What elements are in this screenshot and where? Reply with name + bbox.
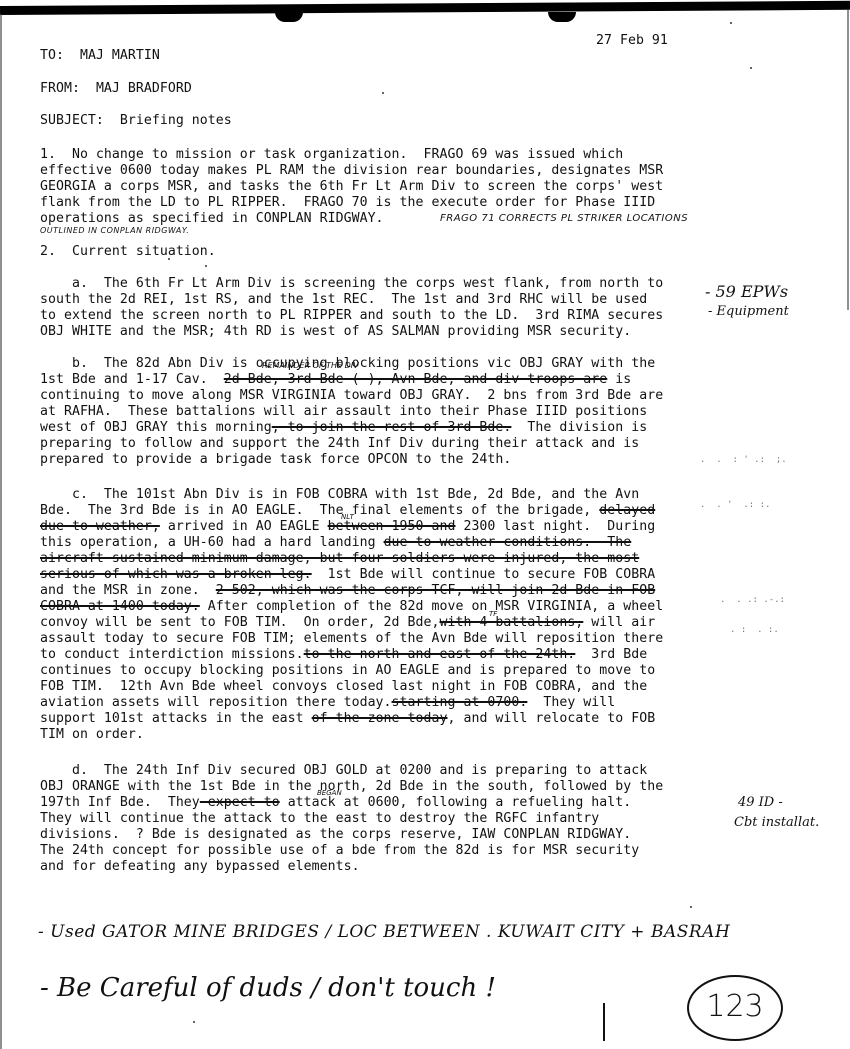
handwritten-frago71-note-cont: OUTLINED IN CONPLAN RIDGWAY.: [40, 226, 189, 235]
subject-label: SUBJECT:: [40, 113, 104, 128]
struck-text: aircraft sustained minimum damage, but f…: [40, 551, 639, 566]
para2d-line: d. The 24th Inf Div secured OBJ GOLD at …: [40, 763, 647, 779]
scan-speck: [730, 22, 732, 24]
para2c-line: support 101st attacks in the east of the…: [40, 711, 655, 727]
memo-to: TO: MAJ MARTIN: [40, 48, 160, 63]
scan-speck: [690, 906, 692, 908]
para2b-line: 1st Bde and 1-17 Cav. 2d Bde, 3rd Bde (-…: [40, 372, 631, 388]
para2d-line: They will continue the attack to the eas…: [40, 811, 599, 827]
para1-line: operations as specified in CONPLAN RIDGW…: [40, 211, 384, 227]
handwritten-insert-remainder: REMAINDER OF THE DIV: [262, 361, 359, 370]
handwritten-note-gator: - Used GATOR MINE BRIDGES / LOC BETWEEN …: [38, 922, 730, 942]
margin-note-equipment: - Equipment: [708, 304, 789, 319]
para2c-line: continues to occupy blocking positions i…: [40, 663, 655, 679]
struck-text: of the zone today: [312, 711, 448, 726]
struck-text: , to join the rest of 3rd Bde.: [272, 420, 512, 435]
scan-speck: [750, 67, 752, 69]
pen-stroke-mark: [603, 1003, 605, 1041]
para2b-line: preparing to follow and support the 24th…: [40, 436, 639, 452]
para1-line: effective 0600 today makes PL RAM the di…: [40, 163, 663, 179]
para2c-line: c. The 101st Abn Div is in FOB COBRA wit…: [40, 487, 639, 503]
scan-noise: . : . :.: [730, 625, 779, 635]
para2c-line: aviation assets will reposition there to…: [40, 695, 615, 711]
struck-text: to the north and east of the 24th.: [304, 647, 576, 662]
para2c-line: assault today to secure FOB TIM; element…: [40, 631, 663, 647]
circled-page-number: 123: [687, 975, 783, 1041]
para2-heading: 2. Current situation.: [40, 244, 216, 260]
scan-top-border: [0, 1, 850, 15]
para2c-line: to conduct interdiction missions.to the …: [40, 647, 647, 663]
para2d-line: and for defeating any bypassed elements.: [40, 859, 360, 875]
para2a-line: a. The 6th Fr Lt Arm Div is screening th…: [40, 276, 663, 292]
scan-noise: . . ' .: :.: [700, 500, 770, 510]
para2d-line: 197th Inf Bde. They expect to attack at …: [40, 795, 631, 811]
struck-text: between 1950 and: [328, 519, 456, 534]
scan-noise: . . .: .-.:: [720, 595, 785, 605]
struck-text: 2d Bde, 3rd Bde (-), Avn Bde, and div tr…: [224, 372, 608, 387]
binder-hole-mark: [548, 12, 576, 22]
subject-value: Briefing notes: [120, 113, 232, 128]
struck-text: with 4 battalions,: [439, 615, 583, 630]
para2a-line: south the 2d REI, 1st RS, and the 1st RE…: [40, 292, 647, 308]
memo-subject: SUBJECT: Briefing notes: [40, 113, 232, 128]
para2b-line: west of OBJ GRAY this morning, to join t…: [40, 420, 647, 436]
scan-noise: . . : ' .: ;.: [700, 455, 787, 465]
struck-text: 2-502, which was the corps TCF, will joi…: [216, 583, 655, 598]
para2b-line: prepared to provide a brigade task force…: [40, 452, 511, 468]
para2a-line: to extend the screen north to PL RIPPER …: [40, 308, 663, 324]
memo-date: 27 Feb 91: [596, 33, 668, 48]
margin-note-cbt: Cbt installat.: [734, 815, 819, 830]
para2c-line: TIM on order.: [40, 727, 144, 743]
para2a-line: OBJ WHITE and the MSR; 4th RD is west of…: [40, 324, 631, 340]
document-page: 27 Feb 91 TO: MAJ MARTIN FROM: MAJ BRADF…: [0, 0, 850, 1049]
para2d-line: divisions. ? Bde is designated as the co…: [40, 827, 631, 843]
para2c-line: and the MSR in zone. 2-502, which was th…: [40, 583, 655, 599]
struck-text: due to weather,: [40, 519, 160, 534]
para2c-line: due to weather, arrived in AO EAGLE betw…: [40, 519, 655, 535]
to-label: TO:: [40, 48, 64, 63]
scan-speck: [193, 1021, 195, 1023]
para2c-line: aircraft sustained minimum damage, but f…: [40, 551, 639, 567]
struck-text: starting at 0700.: [392, 695, 528, 710]
para1-line: GEORGIA a corps MSR, and tasks the 6th F…: [40, 179, 663, 195]
to-value: MAJ MARTIN: [80, 48, 160, 63]
struck-text: expect to: [200, 795, 280, 810]
from-value: MAJ BRADFORD: [96, 81, 192, 96]
from-label: FROM:: [40, 81, 80, 96]
memo-from: FROM: MAJ BRADFORD: [40, 81, 192, 96]
handwritten-note-duds: - Be Careful of duds / don't touch !: [40, 973, 496, 1003]
scan-speck: [205, 265, 207, 267]
para2b-line: at RAFHA. These battalions will air assa…: [40, 404, 647, 420]
para1-line: 1. No change to mission or task organiza…: [40, 147, 623, 163]
para2c-line: FOB TIM. 12th Avn Bde wheel convoys clos…: [40, 679, 647, 695]
handwritten-frago71-note: FRAGO 71 CORRECTS PL STRIKER LOCATIONS: [440, 213, 688, 224]
struck-text: delayed: [599, 503, 655, 518]
para2c-line: this operation, a UH-60 had a hard landi…: [40, 535, 631, 551]
para2c-line: serious of which was a broken leg. 1st B…: [40, 567, 655, 583]
scan-left-edge: [0, 14, 2, 1049]
binder-hole-mark: [275, 12, 303, 22]
struck-text: due to weather conditions. The: [384, 535, 632, 550]
scan-speck: [168, 258, 170, 260]
margin-note-epws: - 59 EPWs: [705, 282, 788, 301]
struck-text: serious of which was a broken leg.: [40, 567, 312, 582]
para2c-line: COBRA at 1400 today. After completion of…: [40, 599, 663, 615]
para2d-line: OBJ ORANGE with the 1st Bde in the north…: [40, 779, 663, 795]
para2b-line: continuing to move along MSR VIRGINIA to…: [40, 388, 663, 404]
page-number: 123: [689, 989, 781, 1024]
margin-note-49id: 49 ID -: [738, 795, 783, 810]
struck-text: COBRA at 1400 today.: [40, 599, 200, 614]
scan-speck: [382, 92, 384, 94]
scan-right-edge: [847, 10, 849, 310]
para1-line: flank from the LD to PL RIPPER. FRAGO 70…: [40, 195, 655, 211]
para2c-line: convoy will be sent to FOB TIM. On order…: [40, 615, 655, 631]
para2d-line: The 24th concept for possible use of a b…: [40, 843, 639, 859]
